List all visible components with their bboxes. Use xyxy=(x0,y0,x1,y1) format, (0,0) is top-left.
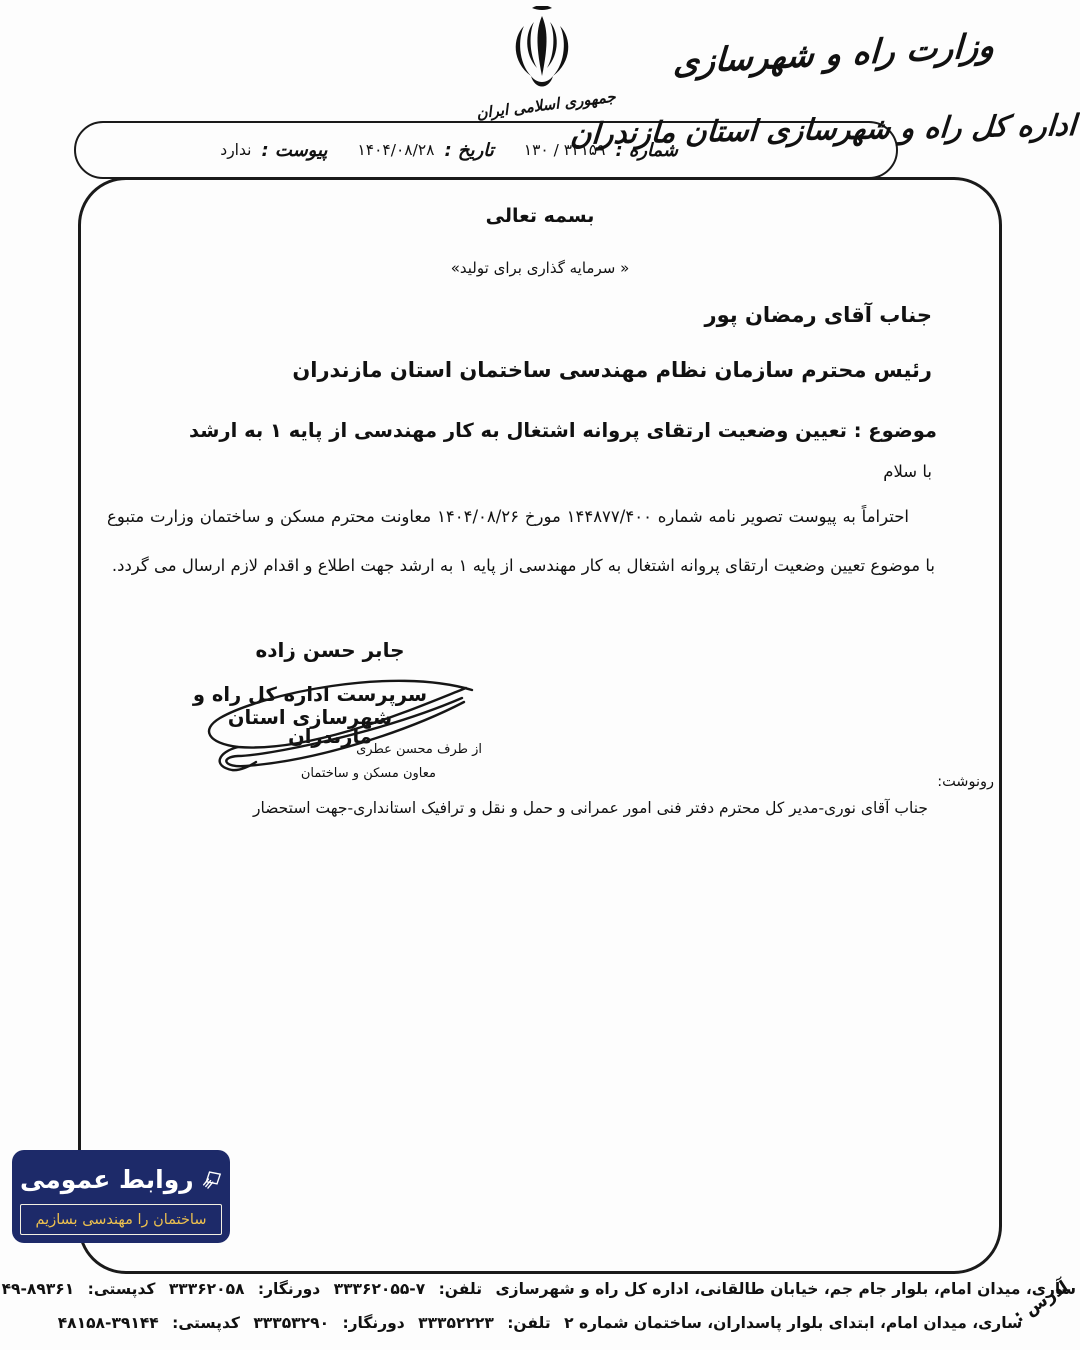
attachment-label: پیوست : xyxy=(261,140,327,161)
footer-address-line-1: ساری، میدان امام، بلوار جام جم، خیابان ط… xyxy=(0,1280,1080,1298)
date-value: ۱۴۰۴/۰۸/۲۸ xyxy=(357,141,434,159)
footer1-address: ساری، میدان امام، بلوار جام جم، خیابان ط… xyxy=(495,1280,1076,1298)
footer1-tel-value: ۳۳۳۶۲۰۵۵-۷ xyxy=(334,1280,426,1298)
footer2-address: ساری، میدان امام، ابتدای بلوار پاسداران،… xyxy=(564,1314,1022,1332)
pr-slogan-box: ساختمان را مهندسی بسازیم xyxy=(20,1204,222,1235)
ministry-title: وزارت راه و شهرسازی xyxy=(653,24,1015,82)
letter-page: جمهوری اسلامی ایران وزارت راه و شهرسازی … xyxy=(0,0,1080,1350)
date-label: تاریخ : xyxy=(444,140,493,161)
footer1-postal-label: کدپستی: xyxy=(88,1280,156,1298)
footer1-postal-value: ۴۸۱۴۹-۸۹۳۶۱ xyxy=(0,1280,74,1298)
department-title: اداره کل راه و شهرسازی استان مازندران xyxy=(615,108,1077,150)
footer2-postal-value: ۴۸۱۵۸-۳۹۱۴۴ xyxy=(58,1314,159,1332)
footer1-tel-label: تلفن: xyxy=(439,1280,482,1298)
public-relations-logo: روابط عمومی ساختمان را مهندسی بسازیم xyxy=(12,1150,230,1243)
attachment-value: ندارد xyxy=(220,141,251,159)
footer1-fax-value: ۳۳۳۶۲۰۵۸ xyxy=(169,1280,245,1298)
footer2-fax-value: ۳۳۳۵۳۲۹۰ xyxy=(253,1314,329,1332)
signature-scrawl xyxy=(192,660,484,778)
footer2-tel-label: تلفن: xyxy=(507,1314,550,1332)
iran-emblem-icon xyxy=(500,6,584,98)
footer2-tel-value: ۳۳۳۵۲۲۲۳ xyxy=(418,1314,494,1332)
pr-logo-icon xyxy=(201,1160,222,1198)
footer2-postal-label: کدپستی: xyxy=(172,1314,240,1332)
footer2-fax-label: دورنگار: xyxy=(342,1314,404,1332)
pr-slogan: ساختمان را مهندسی بسازیم xyxy=(36,1212,207,1228)
footer-address-line-2: ساری، میدان امام، ابتدای بلوار پاسداران،… xyxy=(0,1314,1080,1332)
footer1-fax-label: دورنگار: xyxy=(258,1280,320,1298)
pr-logo-title: روابط عمومی xyxy=(20,1165,194,1194)
